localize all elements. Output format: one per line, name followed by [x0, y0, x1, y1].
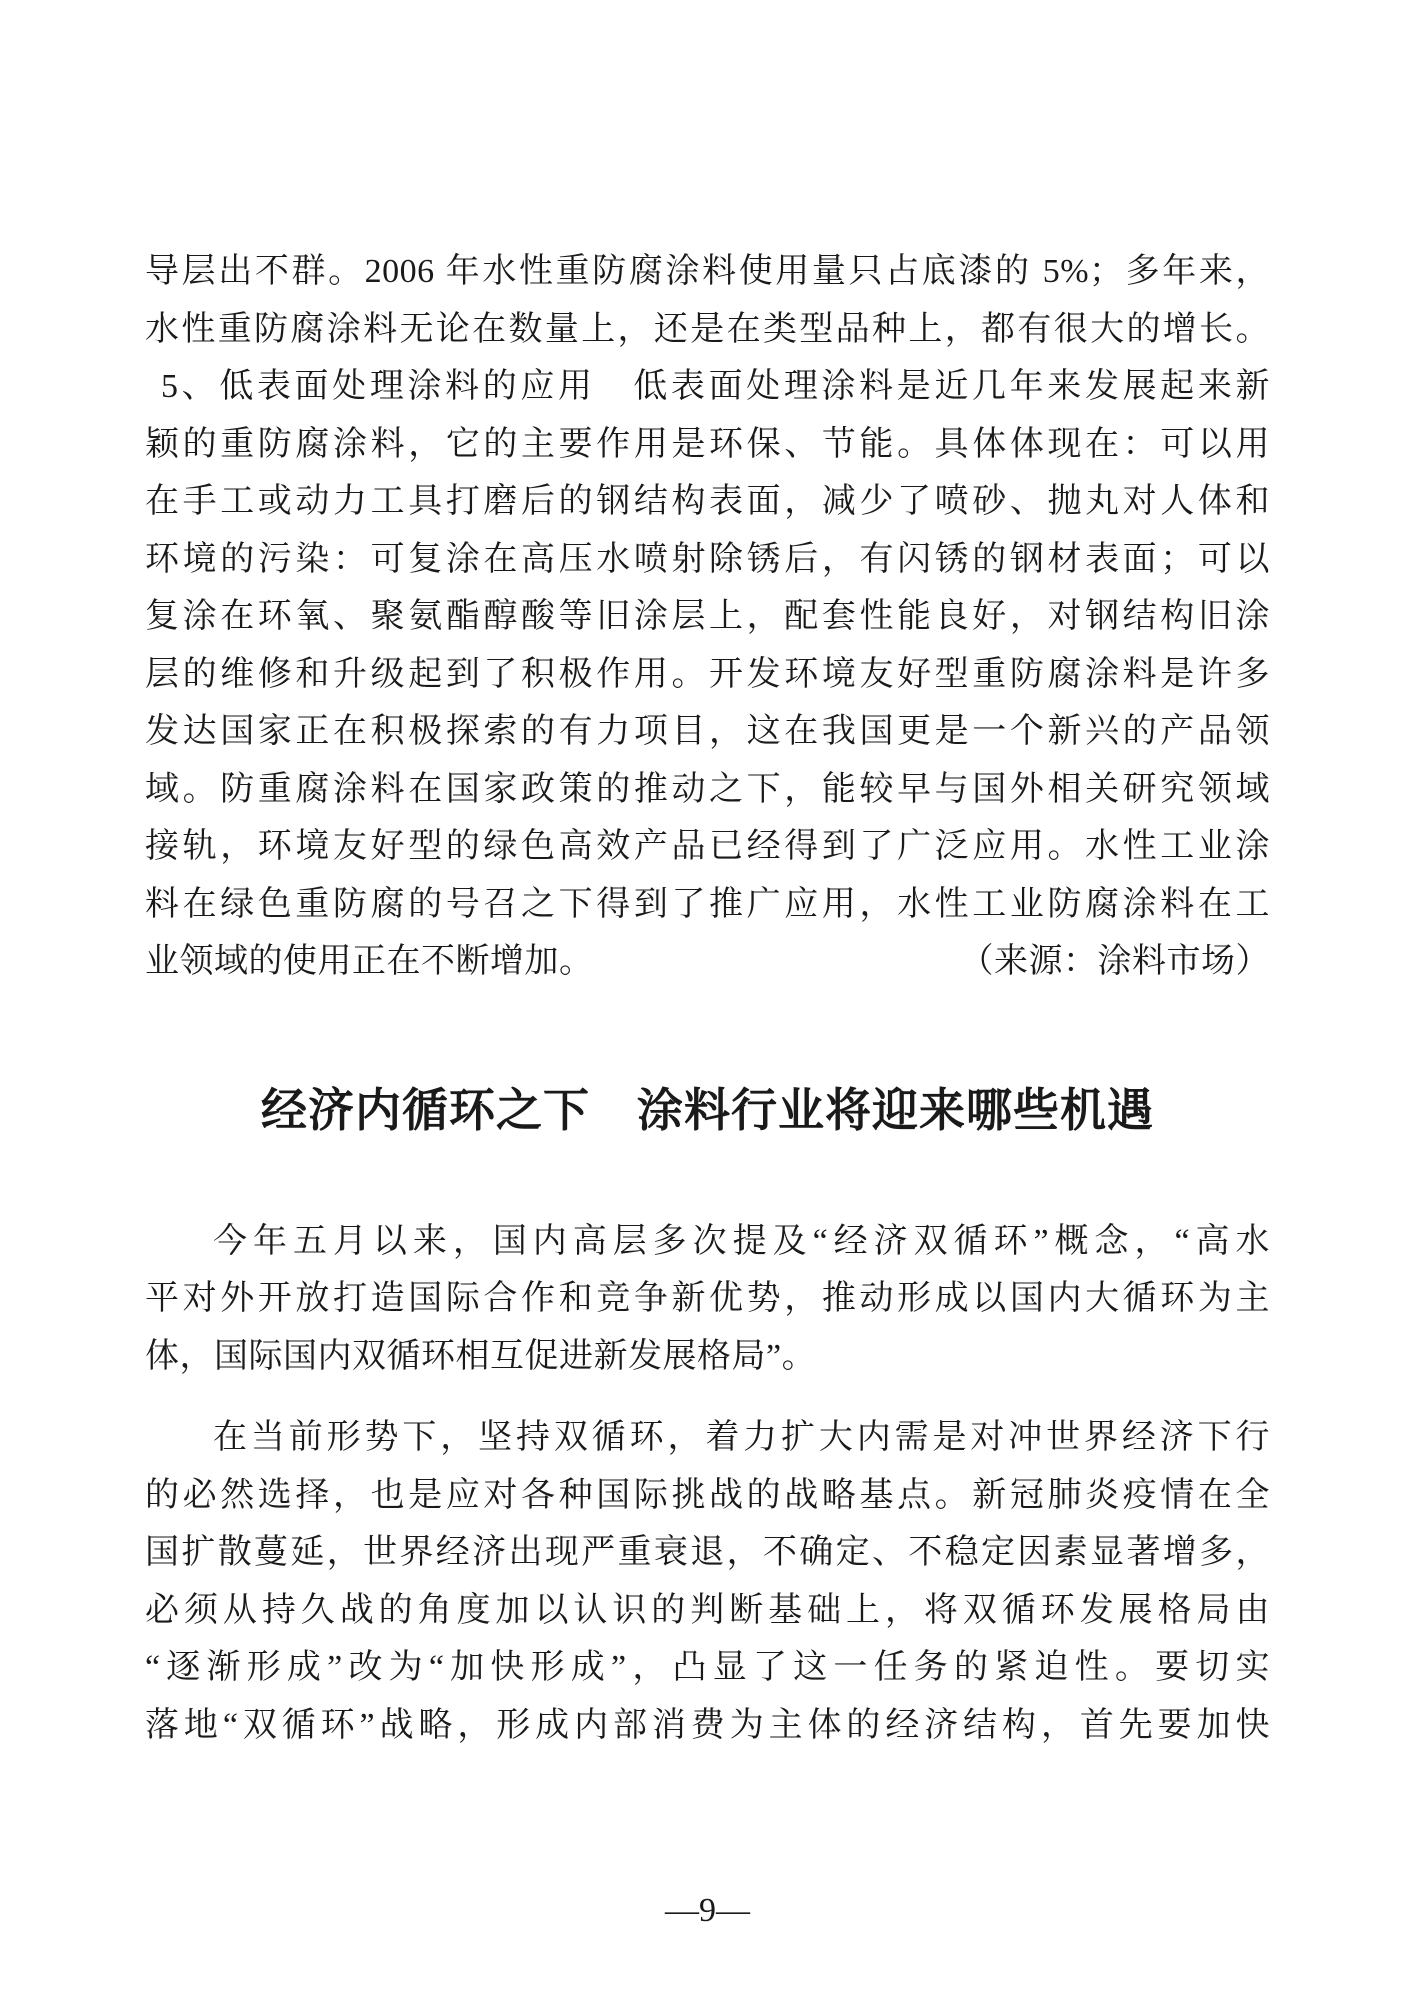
text-line: 的必然选择，也是应对各种国际挑战的战略基点。新冠肺炎疫情在全 [145, 1467, 1270, 1525]
text-line: 水性重防腐涂料无论在数量上，还是在类型品种上，都有很大的增长。 [145, 301, 1270, 359]
text-line: 平对外开放打造国际合作和竞争新优势，推动形成以国内大循环为主 [145, 1270, 1270, 1328]
text-line: 在手工或动力工具打磨后的钢结构表面，减少了喷砂、抛丸对人体和 [145, 473, 1270, 531]
paragraph-low-surface-treatment: 5、低表面处理涂料的应用 低表面处理涂料是近几年来发展起来新 颖的重防腐涂料，它… [145, 358, 1270, 991]
text-line: 域。防重腐涂料在国家政策的推动之下，能较早与国外相关研究领域 [145, 761, 1270, 819]
text-line: 环境的污染：可复涂在高压水喷射除锈后，有闪锈的钢材表面；可以 [145, 531, 1270, 589]
section-heading: 经济内循环之下 涂料行业将迎来哪些机遇 [145, 1081, 1270, 1141]
text-line: 5、低表面处理涂料的应用 低表面处理涂料是近几年来发展起来新 [145, 358, 1270, 416]
text-line: 接轨，环境友好型的绿色高效产品已经得到了广泛应用。水性工业涂 [145, 818, 1270, 876]
text-line: 复涂在环氧、聚氨酯醇酸等旧涂层上，配套性能良好，对钢结构旧涂 [145, 588, 1270, 646]
text-line: 体，国际国内双循环相互促进新发展格局”。 [145, 1328, 1270, 1386]
text-line: 国扩散蔓延，世界经济出现严重衰退，不确定、不稳定因素显著增多， [145, 1524, 1270, 1582]
text-line: 导层出不群。2006 年水性重防腐涂料使用量只占底漆的 5%；多年来， [145, 243, 1270, 301]
paragraph-waterborne-coatings: 导层出不群。2006 年水性重防腐涂料使用量只占底漆的 5%；多年来， 水性重防… [145, 243, 1270, 358]
text-line: 今年五月以来，国内高层多次提及“经济双循环”概念，“高水 [145, 1213, 1270, 1271]
paragraph-dual-circulation-strategy: 在当前形势下，坚持双循环，着力扩大内需是对冲世界经济下行 的必然选择，也是应对各… [145, 1409, 1270, 1754]
text-line: 落地“双循环”战略，形成内部消费为主体的经济结构，首先要加快 [145, 1697, 1270, 1755]
paragraph-last-line: 业领域的使用正在不断增加。 （来源：涂料市场） [145, 933, 1270, 991]
text-line: 料在绿色重防腐的号召之下得到了推广应用，水性工业防腐涂料在工 [145, 876, 1270, 934]
text-line: 发达国家正在积极探索的有力项目，这在我国更是一个新兴的产品领 [145, 703, 1270, 761]
source-attribution: （来源：涂料市场） [960, 933, 1271, 991]
text-line: 必须从持久战的角度加以认识的判断基础上，将双循环发展格局由 [145, 1582, 1270, 1640]
page-number: —9— [145, 1882, 1270, 1940]
document-page: 导层出不群。2006 年水性重防腐涂料使用量只占底漆的 5%；多年来， 水性重防… [0, 0, 1415, 2000]
text-line: 业领域的使用正在不断增加。 [145, 933, 594, 991]
text-line: 颖的重防腐涂料，它的主要作用是环保、节能。具体体现在：可以用 [145, 416, 1270, 474]
text-line: 在当前形势下，坚持双循环，着力扩大内需是对冲世界经济下行 [145, 1409, 1270, 1467]
paragraph-dual-circulation-intro: 今年五月以来，国内高层多次提及“经济双循环”概念，“高水 平对外开放打造国际合作… [145, 1213, 1270, 1386]
text-line: “逐渐形成”改为“加快形成”，凸显了这一任务的紧迫性。要切实 [145, 1639, 1270, 1697]
text-line: 层的维修和升级起到了积极作用。开发环境友好型重防腐涂料是许多 [145, 646, 1270, 704]
